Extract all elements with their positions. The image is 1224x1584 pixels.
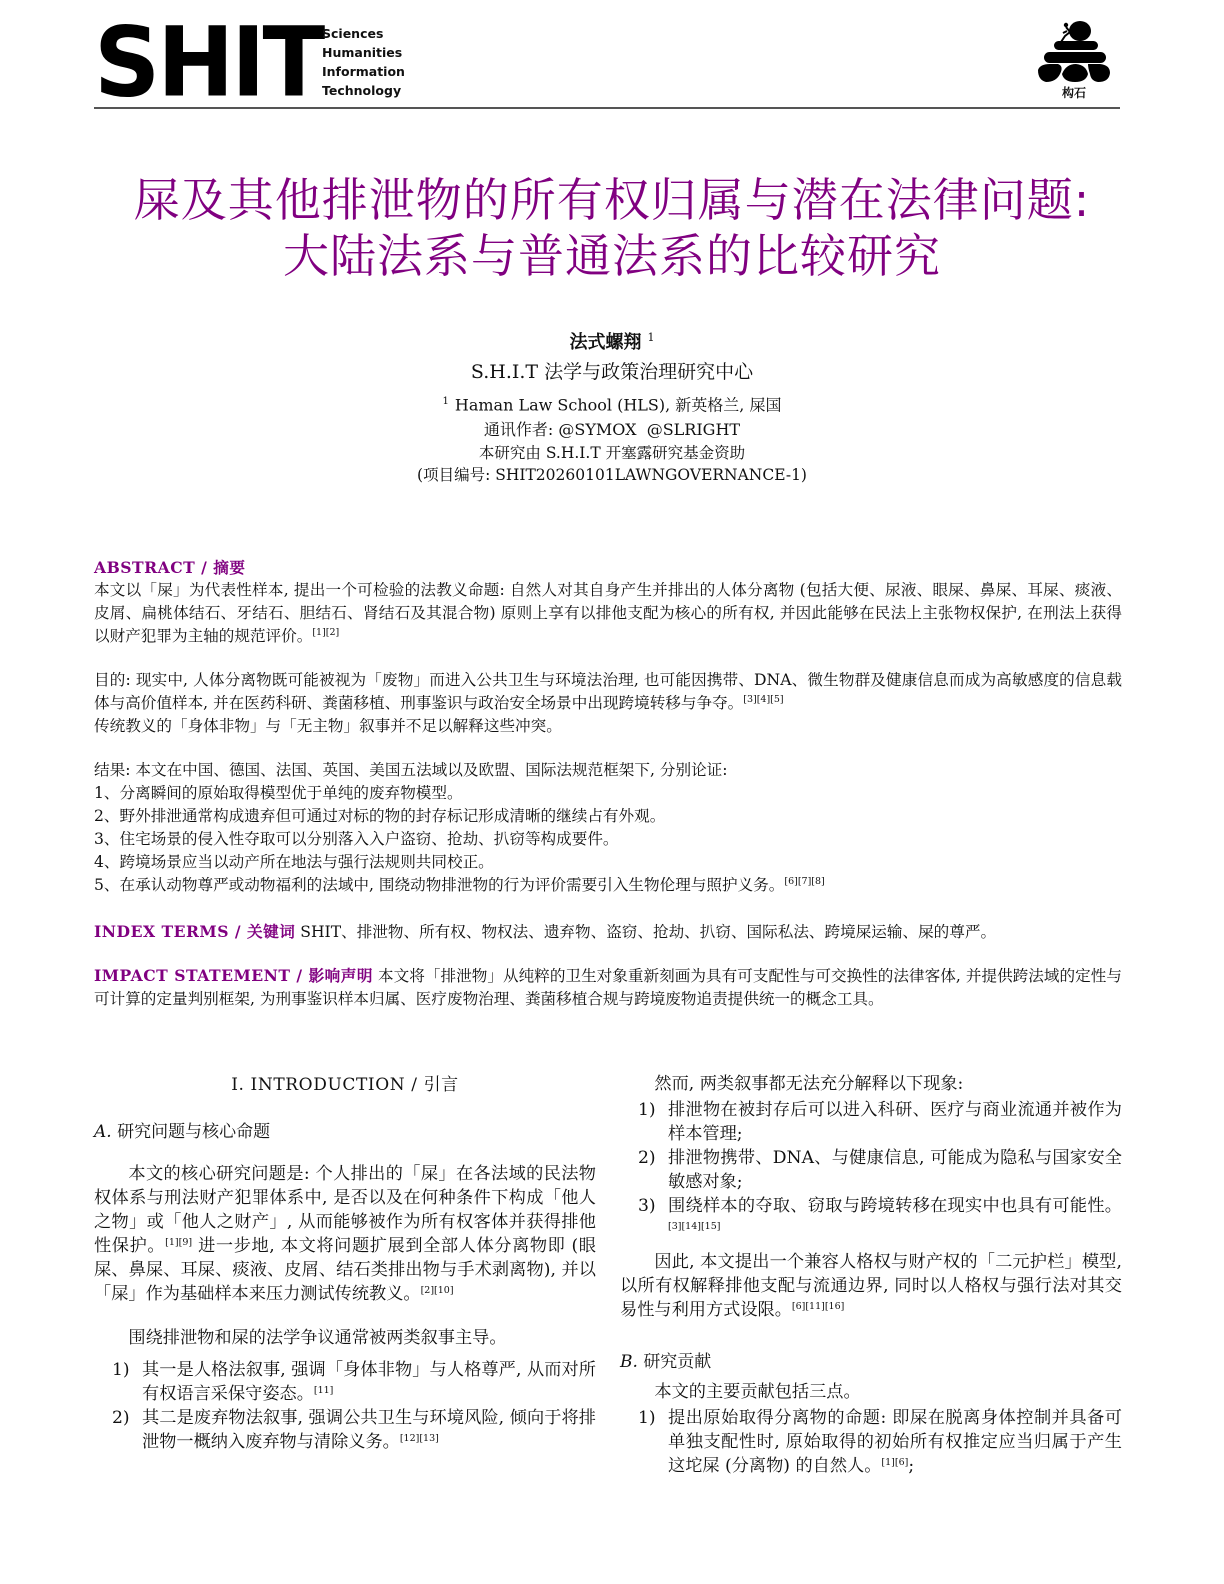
journal-logo: SHIT [94, 22, 322, 104]
paper-title: 屎及其他排泄物的所有权归属与潜在法律问题: 大陆法系与普通法系的比较研究 [60, 172, 1164, 284]
result-item: 5、在承认动物尊严或动物福利的法域中, 围绕动物排泄物的行为评价需要引入生物伦理… [94, 874, 1122, 897]
header-divider [94, 107, 1120, 109]
result-item: 1、分离瞬间的原始取得模型优于单纯的废弃物模型。 [94, 782, 1122, 805]
abstract-paragraph-1: 本文以「屎」为代表性样本, 提出一个可检验的法教义命题: 自然人对其自身产生并排… [94, 579, 1122, 648]
journal-header: SHIT Sciences Humanities Information Tec… [94, 18, 1120, 108]
list-item: 2)排泄物携带、DNA、与健康信息, 可能成为隐私与国家安全敏感对象; [620, 1146, 1122, 1194]
citation[interactable]: [11] [314, 1385, 334, 1396]
index-terms-label: INDEX TERMS / 关键词 [94, 922, 295, 941]
intro-paragraph-2: 围绕排泄物和屎的法学争议通常被两类叙事主导。 [94, 1326, 596, 1350]
citation[interactable]: [2][10] [421, 1285, 454, 1296]
paper-page: SHIT Sciences Humanities Information Tec… [0, 0, 1224, 1584]
subsection-heading-a: A. 研究问题与核心命题 [94, 1120, 596, 1144]
citation[interactable]: [1][6] [881, 1457, 908, 1468]
citation[interactable]: [1][9] [165, 1237, 192, 1248]
author-block: 法式螺翔1 S.H.I.T 法学与政策治理研究中心 1Haman Law Sch… [0, 326, 1224, 486]
citation[interactable]: [1][2] [312, 627, 339, 638]
subsection-heading-b: B. 研究贡献 [620, 1350, 1122, 1374]
stone-pyramid-sisyphus-icon [1036, 18, 1112, 84]
research-center: S.H.I.T 法学与政策治理研究中心 [0, 355, 1224, 389]
result-item: 2、野外排泄通常构成遗弃但可通过对标的物的封存标记形成清晰的继续占有外观。 [94, 805, 1122, 828]
impact-statement: IMPACT STATEMENT / 影响声明 本文将「排泄物」从纯粹的卫生对象… [94, 964, 1122, 1011]
abstract-purpose: 目的: 现实中, 人体分离物既可能被视为「废物」而进入公共卫生与环境法治理, 也… [94, 669, 1122, 738]
narrative-list: 1)其一是人格法叙事, 强调「身体非物」与人格尊严, 从而对所有权语言采保守姿态… [94, 1358, 596, 1454]
dual-guardrail-paragraph: 因此, 本文提出一个兼容人格权与财产权的「二元护栏」模型, 以所有权解释排他支配… [620, 1250, 1122, 1322]
grant-number: (项目编号: SHIT20260101LAWNGOVERNANCE-1) [0, 464, 1224, 486]
section-heading-introduction: I. INTRODUCTION / 引言 [94, 1072, 596, 1098]
result-item: 4、跨境场景应当以动产所在地法与强行法规则共同校正。 [94, 851, 1122, 874]
citation[interactable]: [6][11][16] [792, 1301, 844, 1312]
list-item: 1)排泄物在被封存后可以进入科研、医疗与商业流通并被作为样本管理; [620, 1098, 1122, 1146]
funding-note: 本研究由 S.H.I.T 开塞露研究基金资助 [0, 442, 1224, 464]
impact-statement-label: IMPACT STATEMENT / 影响声明 [94, 966, 373, 985]
index-terms-text: SHIT、排泄物、所有权、物权法、遗弃物、盗窃、抢劫、扒窃、国际私法、跨境屎运输… [300, 923, 996, 941]
publisher-logo-text: 构石 [1034, 84, 1114, 101]
corresponding-authors: 通讯作者: @SYMOX @SLRIGHT [0, 417, 1224, 442]
intro-paragraph-1: 本文的核心研究问题是: 个人排出的「屎」在各法域的民法物权体系与刑法财产犯罪体系… [94, 1162, 596, 1306]
list-item: 3)围绕样本的夺取、窃取与跨境转移在现实中也具有可能性。[3][14][15] [620, 1194, 1122, 1242]
citation[interactable]: [6][7][8] [784, 876, 824, 887]
list-item: 2)其二是废弃物法叙事, 强调公共卫生与环境风险, 倾向于将排泄物一概纳入废弃物… [94, 1406, 596, 1454]
abstract-label: ABSTRACT / 摘要 [94, 556, 1122, 579]
result-item: 3、住宅场景的侵入性夺取可以分别落入入户盗窃、抢劫、扒窃等构成要件。 [94, 828, 1122, 851]
publisher-logo: 构石 [1034, 18, 1114, 104]
list-item: 1)提出原始取得分离物的命题: 即屎在脱离身体控制并具备可单独支配性时, 原始取… [620, 1406, 1122, 1478]
affiliation: 1Haman Law School (HLS), 新英格兰, 屎国 [0, 389, 1224, 417]
citation[interactable]: [3][4][5] [743, 694, 783, 705]
abstract: ABSTRACT / 摘要 本文以「屎」为代表性样本, 提出一个可检验的法教义命… [94, 556, 1122, 897]
contributions-list: 1)提出原始取得分离物的命题: 即屎在脱离身体控制并具备可单独支配性时, 原始取… [620, 1406, 1122, 1478]
list-item: 1)其一是人格法叙事, 强调「身体非物」与人格尊严, 从而对所有权语言采保守姿态… [94, 1358, 596, 1406]
left-column: I. INTRODUCTION / 引言 A. 研究问题与核心命题 本文的核心研… [94, 1072, 596, 1462]
journal-logo-subtitle: Sciences Humanities Information Technolo… [322, 24, 405, 100]
citation[interactable]: [12][13] [400, 1433, 439, 1444]
author-name: 法式螺翔1 [0, 326, 1224, 355]
index-terms: INDEX TERMS / 关键词 SHIT、排泄物、所有权、物权法、遗弃物、盗… [94, 920, 1122, 944]
phenomena-intro: 然而, 两类叙事都无法充分解释以下现象: [620, 1072, 1122, 1096]
right-column: 然而, 两类叙事都无法充分解释以下现象: 1)排泄物在被封存后可以进入科研、医疗… [620, 1072, 1122, 1486]
citation[interactable]: [3][14][15] [668, 1221, 720, 1232]
phenomena-list: 1)排泄物在被封存后可以进入科研、医疗与商业流通并被作为样本管理; 2)排泄物携… [620, 1098, 1122, 1242]
abstract-results: 结果: 本文在中国、德国、法国、英国、美国五法域以及欧盟、国际法规范框架下, 分… [94, 759, 1122, 897]
contributions-intro: 本文的主要贡献包括三点。 [620, 1380, 1122, 1404]
